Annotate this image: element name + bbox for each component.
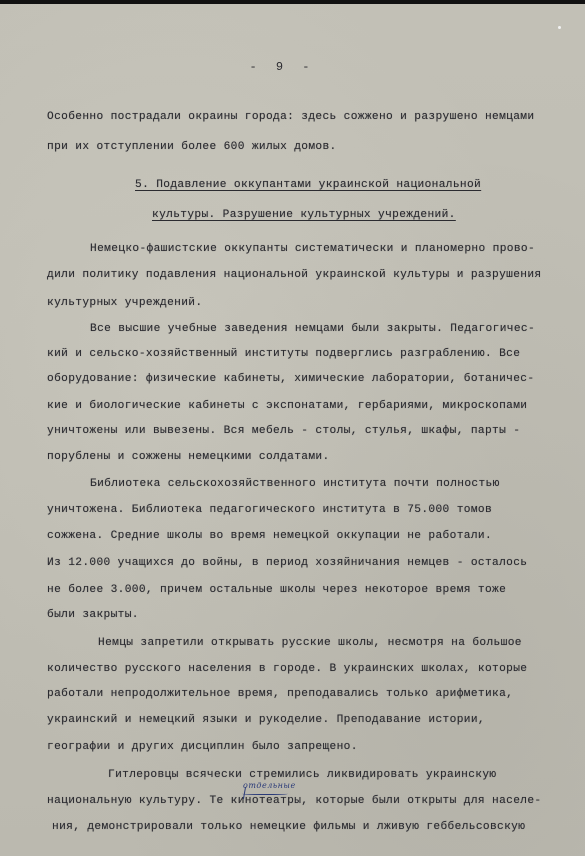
text-line: Из 12.000 учащихся до войны, в период хо… bbox=[47, 556, 527, 570]
text-line: Немцы запретили открывать русские школы,… bbox=[98, 636, 522, 650]
text-line: оборудование: физические кабинеты, химич… bbox=[47, 372, 534, 386]
handwritten-annotation: отдельные bbox=[243, 781, 296, 790]
text-line: национальную культуру. Те кинотеатры, ко… bbox=[47, 794, 541, 808]
text-line: кие и биологические кабинеты с экспоната… bbox=[47, 399, 527, 413]
text-line: Библиотека сельскохозяйственного институ… bbox=[90, 477, 500, 491]
text-line: кий и сельско-хозяйственный институты по… bbox=[47, 347, 520, 361]
text-line: не более 3.000, причем остальные школы ч… bbox=[47, 583, 506, 597]
text-line: уничтожены или вывезены. Вся мебель - ст… bbox=[47, 424, 520, 438]
page-number: - 9 - bbox=[0, 60, 585, 74]
text-line: Все высшие учебные заведения немцами был… bbox=[90, 322, 535, 336]
text-line: ния, демонстрировали только немецкие фил… bbox=[52, 820, 525, 834]
text-line: украинский и немецкий языки и рукоделие.… bbox=[47, 713, 485, 727]
annotation-stroke bbox=[242, 792, 288, 795]
text-line: при их отступлении более 600 жилых домов… bbox=[47, 140, 337, 154]
text-line: географии и других дисциплин было запрещ… bbox=[47, 740, 358, 754]
section-heading-line-2: культуры. Разрушение культурных учрежден… bbox=[152, 208, 456, 222]
text-line: порублены и сожжены немецкими солдатами. bbox=[47, 450, 330, 464]
text-line: количество русского населения в городе. … bbox=[47, 662, 527, 676]
text-line: Особенно пострадали окраины города: здес… bbox=[47, 110, 534, 124]
text-line: были закрыты. bbox=[47, 608, 139, 622]
section-heading-line-1: 5. Подавление оккупантами украинской нац… bbox=[135, 178, 481, 192]
text-line: работали непродолжительное время, препод… bbox=[47, 687, 513, 701]
text-line: культурных учреждений. bbox=[47, 296, 202, 310]
paper-speck bbox=[558, 26, 561, 29]
text-line: уничтожена. Библиотека педагогического и… bbox=[47, 503, 492, 517]
text-line: сожжена. Средние школы во время немецкой… bbox=[47, 529, 492, 543]
text-line: Немецко-фашистские оккупанты систематиче… bbox=[90, 242, 535, 256]
text-line: Гитлеровцы всячески стремились ликвидиро… bbox=[108, 768, 497, 782]
text-line: дили политику подавления национальной ук… bbox=[47, 268, 541, 282]
